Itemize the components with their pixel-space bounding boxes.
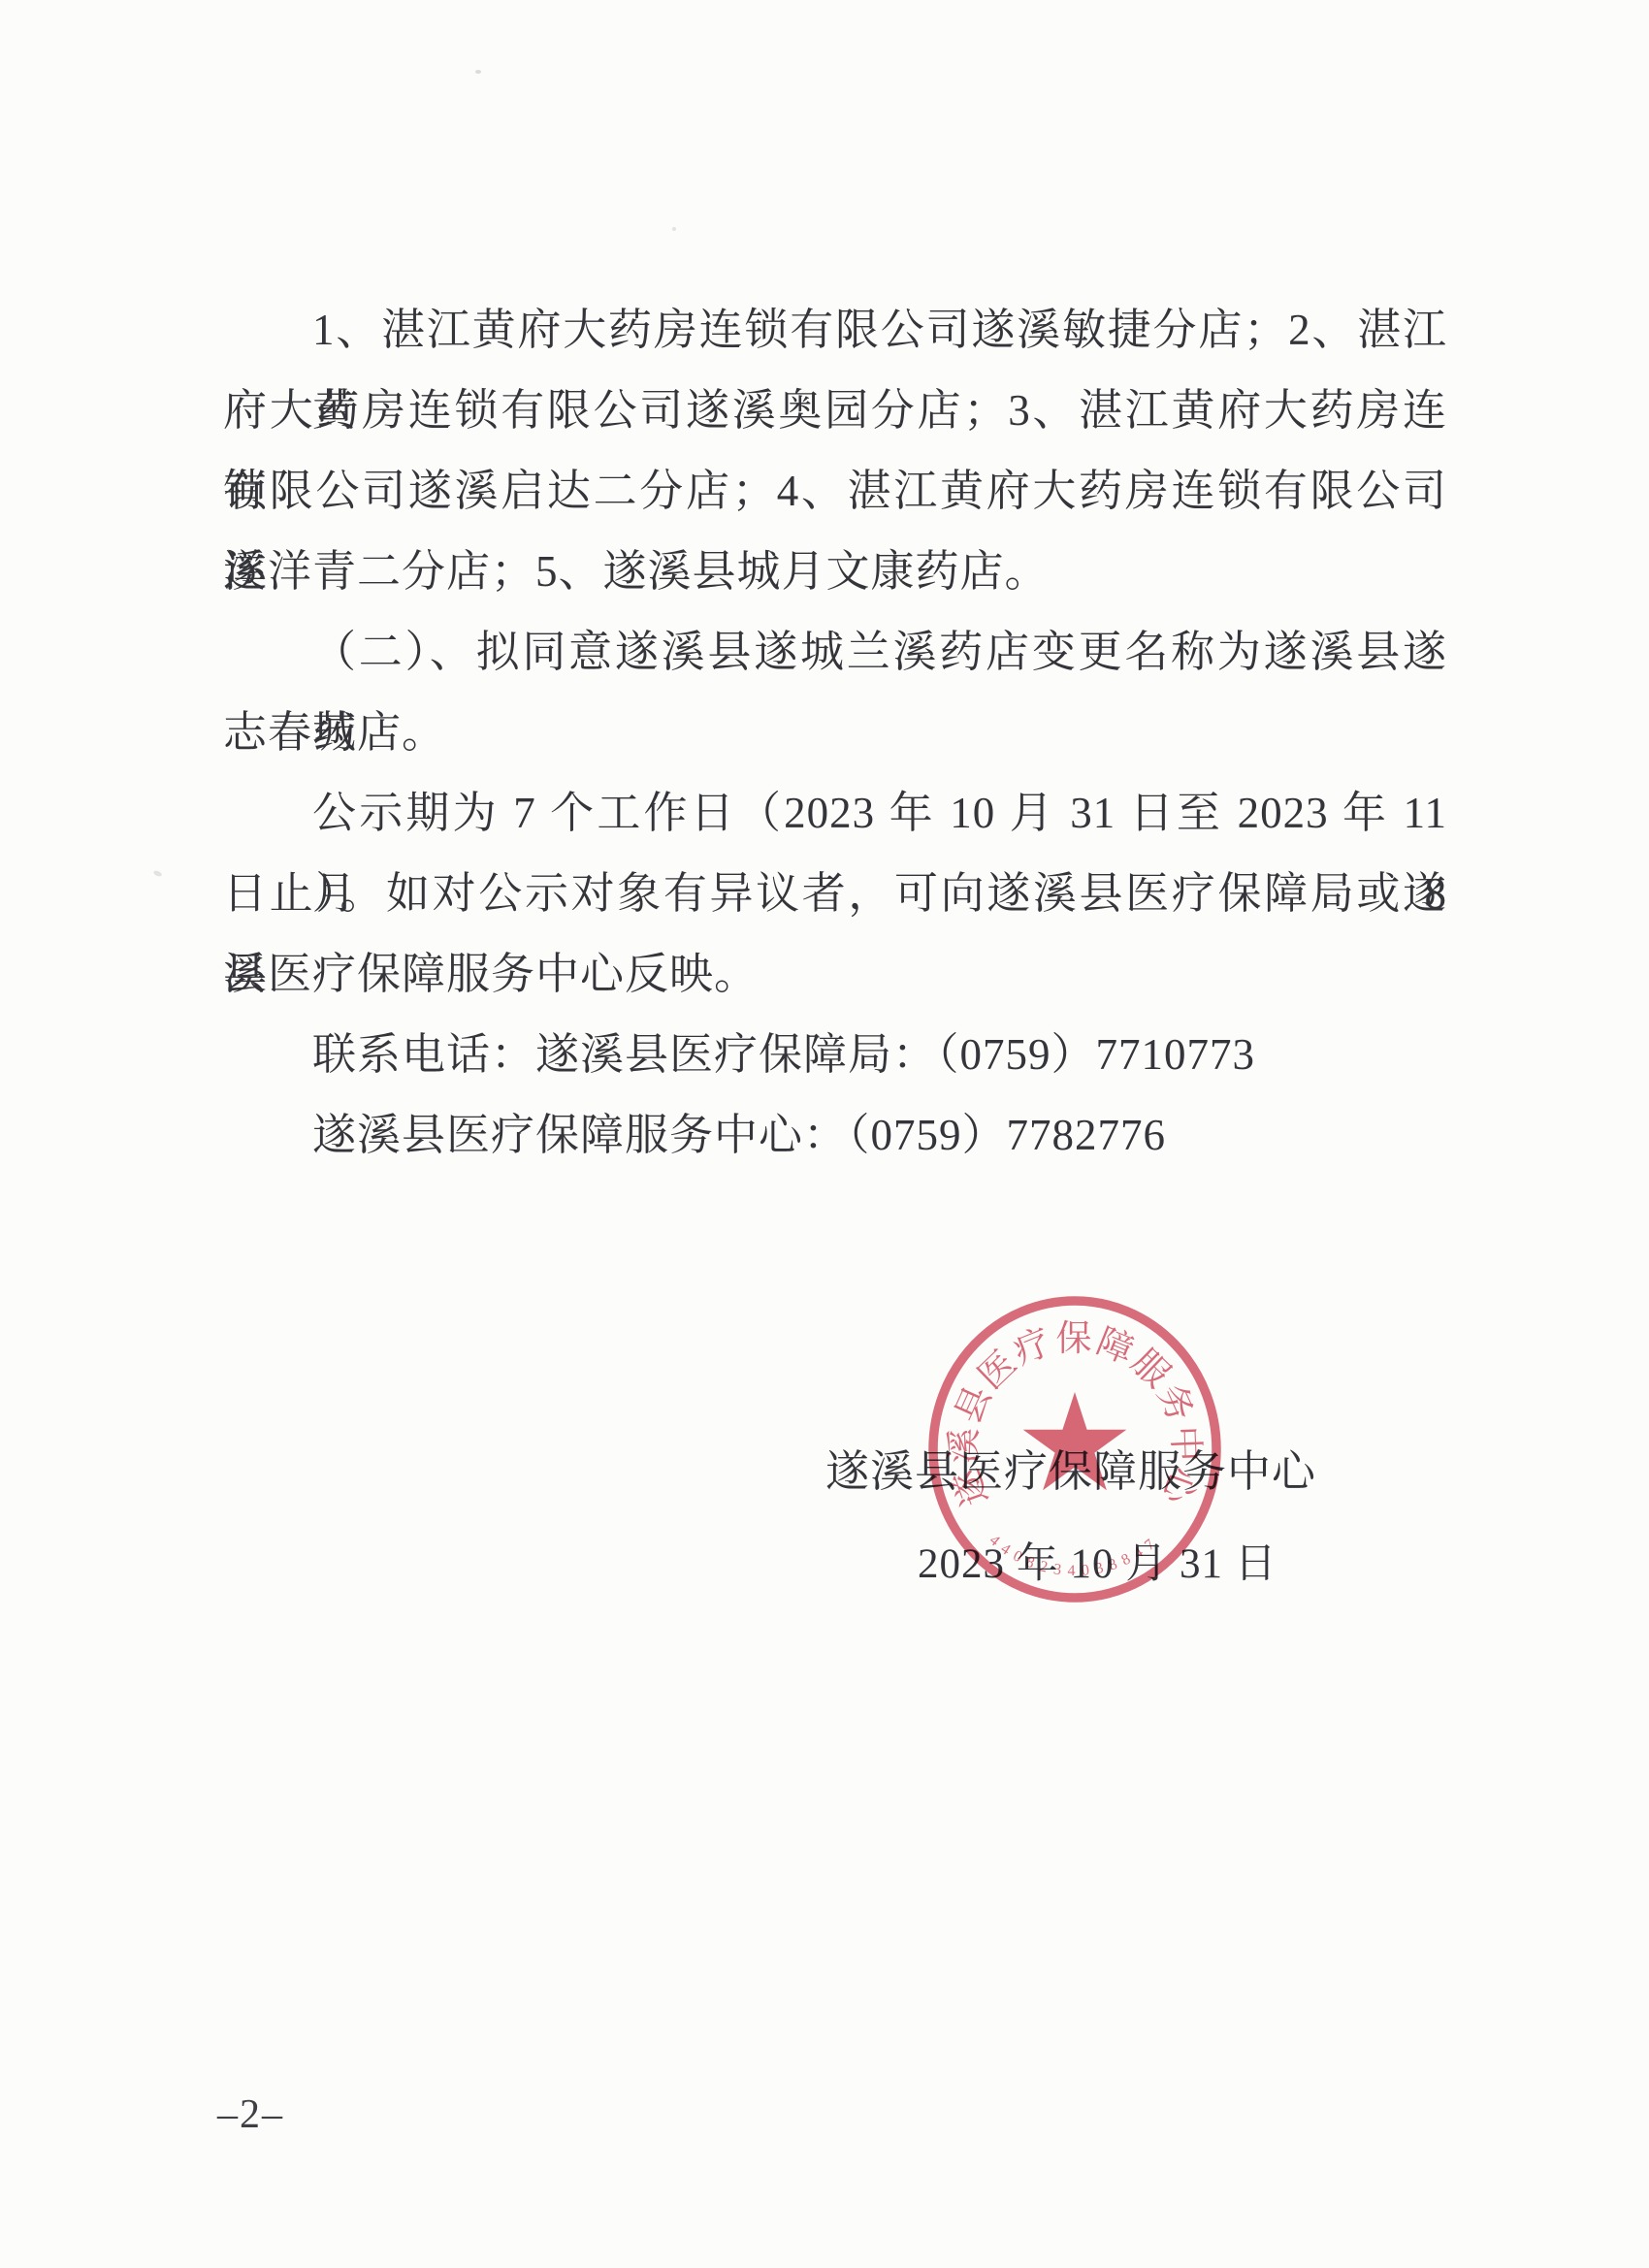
- page-number: –2–: [217, 2091, 284, 2138]
- seal-star-icon: [1023, 1392, 1127, 1490]
- document-body: 1、湛江黄府大药房连锁有限公司遂溪敏捷分店；2、湛江黄 府大药房连锁有限公司遂溪…: [223, 290, 1447, 1176]
- seal-code: 4408234038847: [986, 1532, 1164, 1579]
- body-line: 志春药店。: [223, 693, 1447, 773]
- body-line: 溪洋青二分店；5、遂溪县城月文康药店。: [223, 532, 1447, 612]
- scan-speckle: [152, 869, 162, 877]
- body-line: 公示期为 7 个工作日（2023 年 10 月 31 日至 2023 年 11 …: [223, 773, 1447, 854]
- scan-speckle: [475, 70, 481, 74]
- body-line: 县医疗保障服务中心反映。: [223, 934, 1447, 1015]
- svg-text:4408234038847: 4408234038847: [986, 1532, 1164, 1579]
- body-line: 日止）。如对公示对象有异议者，可向遂溪县医疗保障局或遂溪: [223, 854, 1447, 934]
- body-line: 1、湛江黄府大药房连锁有限公司遂溪敏捷分店；2、湛江黄: [223, 290, 1447, 371]
- body-line: 有限公司遂溪启达二分店；4、湛江黄府大药房连锁有限公司遂: [223, 451, 1447, 532]
- body-line: （二）、拟同意遂溪县遂城兰溪药店变更名称为遂溪县遂城: [223, 612, 1447, 693]
- body-line: 府大药房连锁有限公司遂溪奥园分店；3、湛江黄府大药房连锁: [223, 371, 1447, 451]
- official-seal: 遂溪县医疗保障服务中心 4408234038847: [920, 1289, 1230, 1609]
- body-line: 遂溪县医疗保障服务中心：（0759）7782776: [223, 1095, 1447, 1176]
- scan-speckle: [672, 227, 676, 231]
- body-line: 联系电话：遂溪县医疗保障局：（0759）7710773: [223, 1015, 1447, 1095]
- scanned-document-page: { "colors": { "paper": "#fcfcfa", "ink":…: [0, 0, 1649, 2268]
